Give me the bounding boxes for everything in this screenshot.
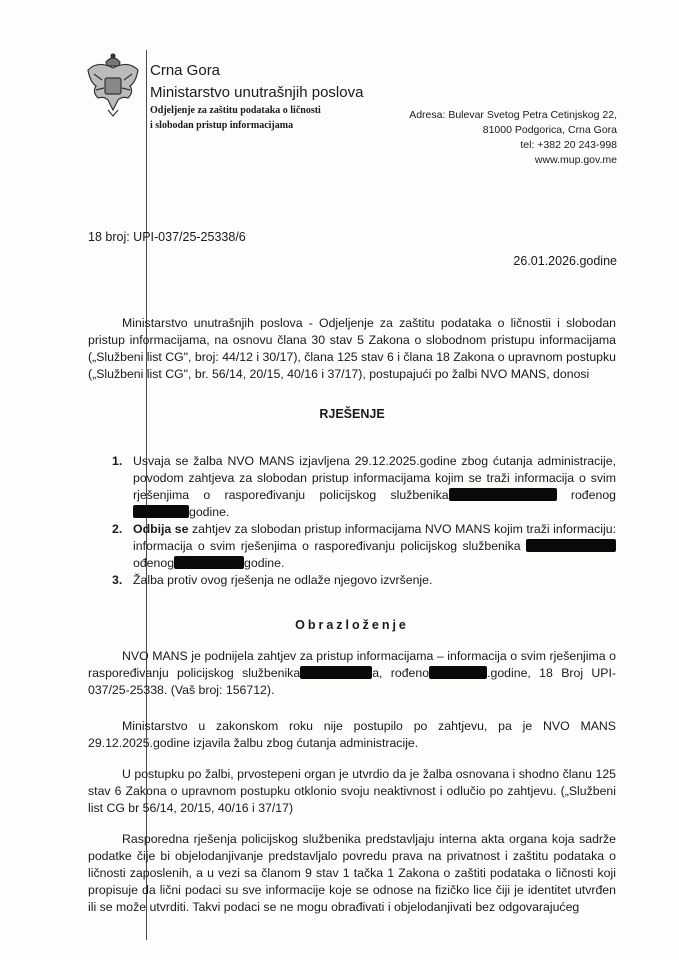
reasoning-paragraph-2: Ministarstvo u zakonskom roku nije postu… xyxy=(88,718,616,752)
preamble: Ministarstvo unutrašnjih poslova - Odjel… xyxy=(88,315,616,383)
item-number: 1. xyxy=(112,453,133,521)
department-line-1: Odjeljenje za zaštitu podataka o ličnost… xyxy=(150,105,363,117)
letterhead: Crna Gora Ministarstvo unutrašnjih poslo… xyxy=(150,62,363,132)
reasoning-title: Obrazloženje xyxy=(88,618,616,632)
decision-items: 1. Usvaja se žalba NVO MANS izjavljena 2… xyxy=(112,453,616,589)
decision-item-1: 1. Usvaja se žalba NVO MANS izjavljena 2… xyxy=(112,453,616,521)
contact-block: Adresa: Bulevar Svetog Petra Cetinjskog … xyxy=(409,108,617,168)
document-date: 26.01.2026.godine xyxy=(513,254,617,268)
redaction-block xyxy=(174,556,244,569)
reasoning-paragraph-1: NVO MANS je podnijela zahtjev za pristup… xyxy=(88,648,616,699)
redaction-block xyxy=(449,488,557,501)
decision-title: RJEŠENJE xyxy=(88,407,616,421)
redaction-block xyxy=(429,666,487,679)
reasoning-paragraph-3: U postupku po žalbi, prvostepeni organ j… xyxy=(88,766,616,817)
country-name: Crna Gora xyxy=(150,62,363,80)
item-number: 2. xyxy=(112,521,133,572)
address-line-1: Adresa: Bulevar Svetog Petra Cetinjskog … xyxy=(409,108,617,123)
ministry-name: Ministarstvo unutrašnjih poslova xyxy=(150,84,363,102)
redaction-block xyxy=(300,666,372,679)
item-3-text: Žalba protiv ovog rješenja ne odlaže nje… xyxy=(133,572,616,589)
item-number: 3. xyxy=(112,572,133,589)
reference-number: 18 broj: UPI-037/25-25338/6 xyxy=(88,230,246,244)
redaction-block xyxy=(526,539,616,552)
website: www.mup.gov.me xyxy=(409,153,617,168)
decision-item-3: 3. Žalba protiv ovog rješenja ne odlaže … xyxy=(112,572,616,589)
decision-item-2: 2. Odbija se zahtjev za slobodan pristup… xyxy=(112,521,616,572)
phone: tel: +382 20 243-998 xyxy=(409,138,617,153)
coat-of-arms-icon xyxy=(84,52,142,118)
department-line-2: i slobodan pristup informacijama xyxy=(150,120,363,132)
item-2-lead: Odbija se xyxy=(133,522,188,536)
address-line-2: 81000 Podgorica, Crna Gora xyxy=(409,123,617,138)
redaction-block xyxy=(133,505,189,518)
reasoning-paragraph-4: Rasporedna rješenja policijskog službeni… xyxy=(88,831,616,916)
